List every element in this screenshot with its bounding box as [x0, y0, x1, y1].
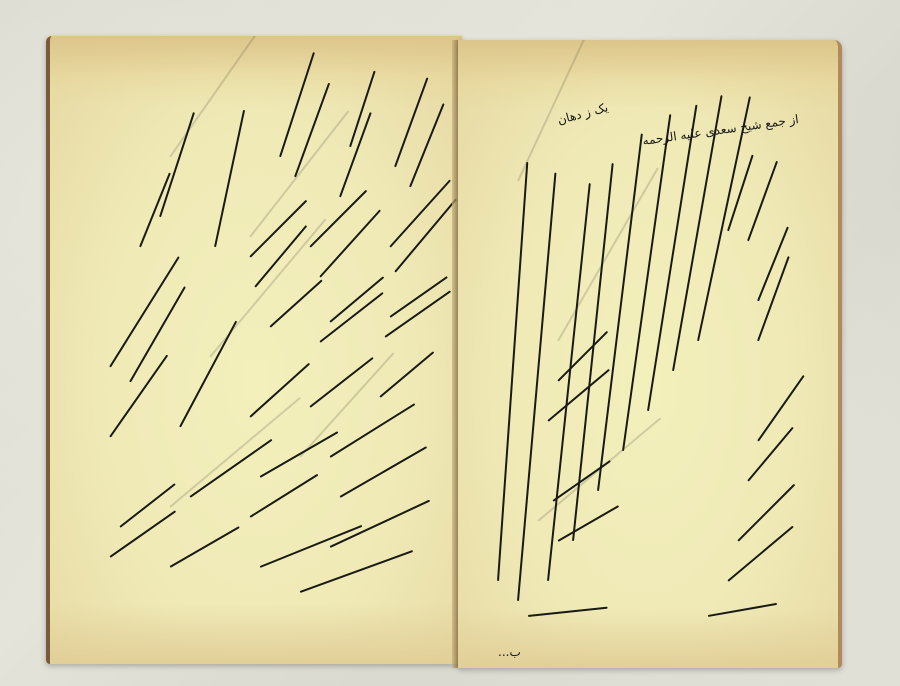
script-line	[109, 510, 176, 558]
script-line	[727, 155, 754, 232]
script-line	[757, 256, 790, 341]
script-line	[249, 474, 318, 518]
script-line	[189, 439, 272, 498]
script-line	[159, 112, 195, 217]
script-line	[547, 369, 610, 422]
script-line	[119, 483, 175, 528]
script-line	[254, 225, 307, 288]
open-manuscript: از جمع شیخ سعدی علیه الرحمه یک ز دهان	[46, 30, 846, 670]
script-line	[340, 446, 428, 498]
script-line	[547, 183, 591, 581]
script-line	[330, 500, 431, 548]
script-line	[214, 110, 245, 247]
right-page: از جمع شیخ سعدی علیه الرحمه یک ز دهان	[458, 40, 842, 668]
water-stain-bottom	[458, 608, 838, 668]
water-stain-bottom	[50, 604, 462, 664]
script-line	[139, 172, 171, 247]
script-line	[727, 526, 793, 582]
script-line	[249, 363, 310, 418]
script-line	[300, 550, 413, 593]
script-line	[269, 279, 322, 327]
script-line	[170, 526, 240, 568]
script-line	[260, 525, 363, 568]
left-page	[46, 36, 462, 664]
water-stain-top	[50, 36, 462, 106]
script-line	[747, 427, 794, 482]
script-line	[747, 161, 778, 242]
script-line	[757, 375, 805, 442]
script-line	[319, 209, 381, 277]
script-line	[558, 505, 620, 542]
script-line	[179, 321, 237, 428]
script-line	[319, 292, 383, 343]
script-line	[309, 190, 367, 248]
water-stain-top	[458, 40, 838, 110]
script-line	[622, 114, 671, 451]
script-line	[394, 199, 457, 273]
footer-catchword: ب...	[498, 645, 521, 659]
